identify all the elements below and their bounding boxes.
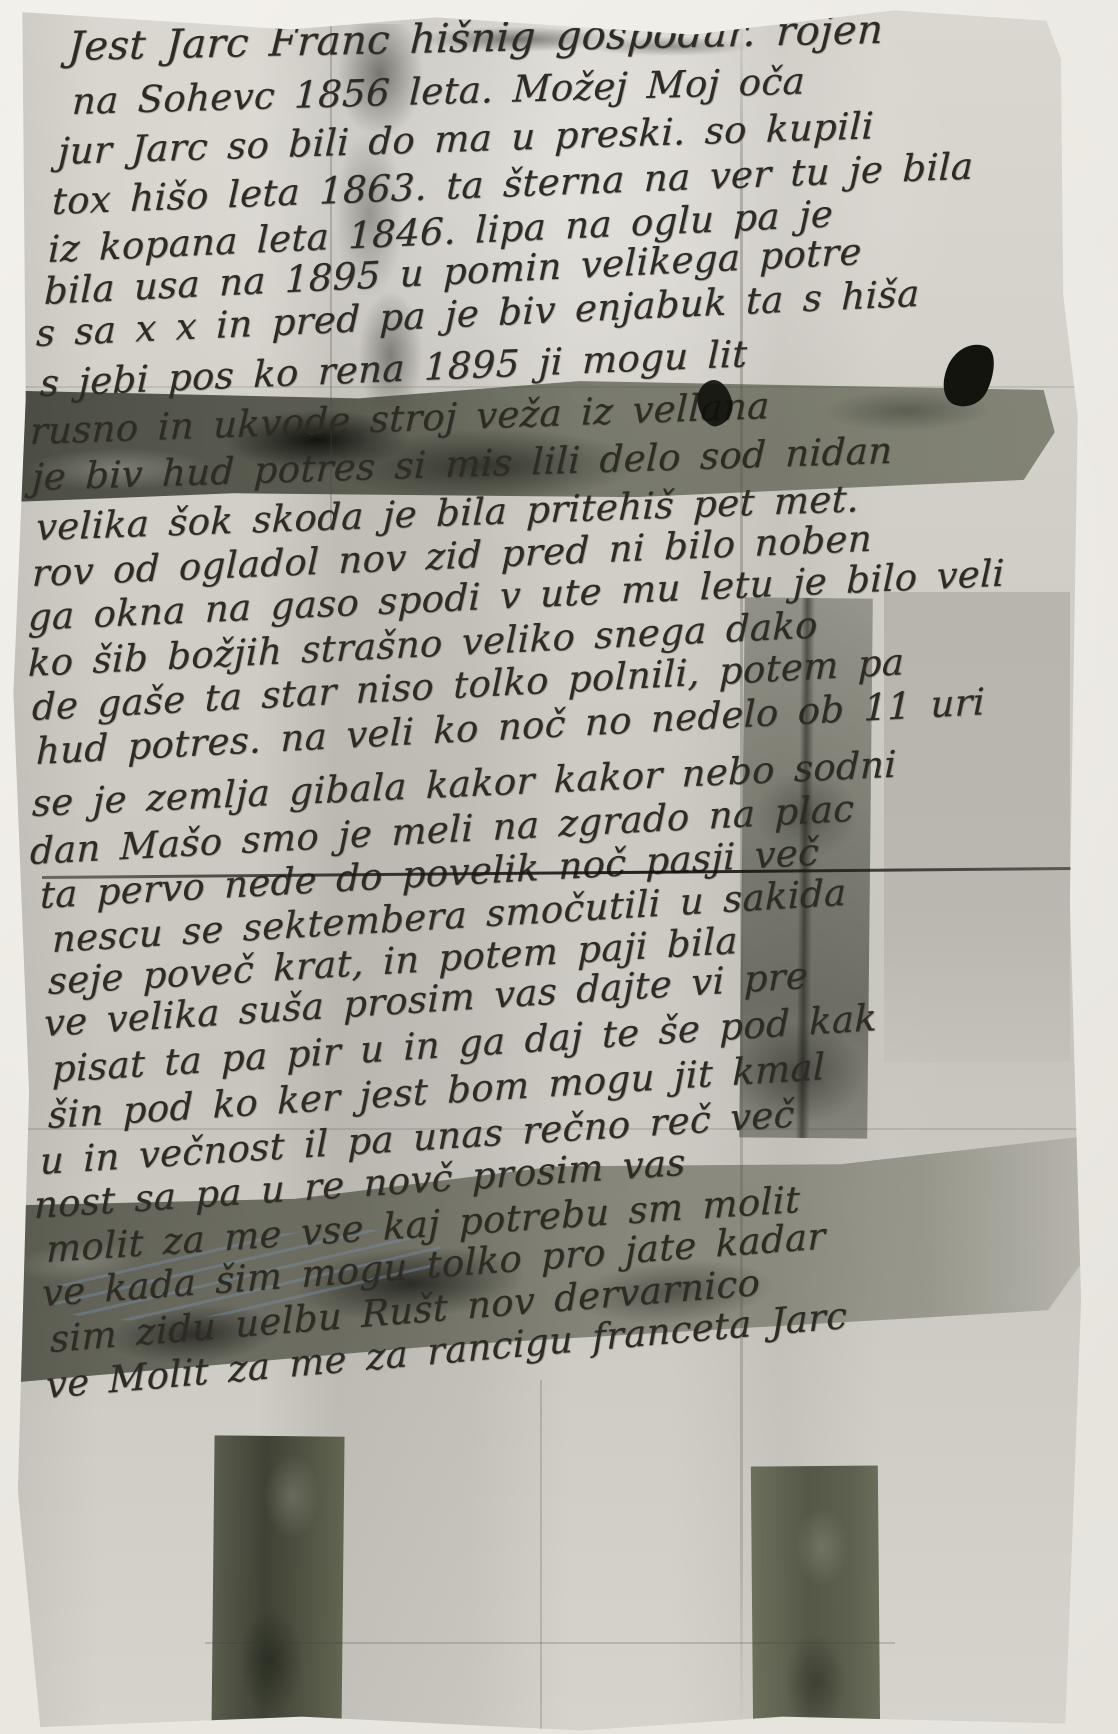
handwritten-text-block: Jest Jarc Franc hišnig gospodar. rojen n…: [0, 0, 1118, 1734]
letter-photograph: Jest Jarc Franc hišnig gospodar. rojen n…: [0, 0, 1118, 1734]
letter-paper: Jest Jarc Franc hišnig gospodar. rojen n…: [0, 0, 1118, 1734]
